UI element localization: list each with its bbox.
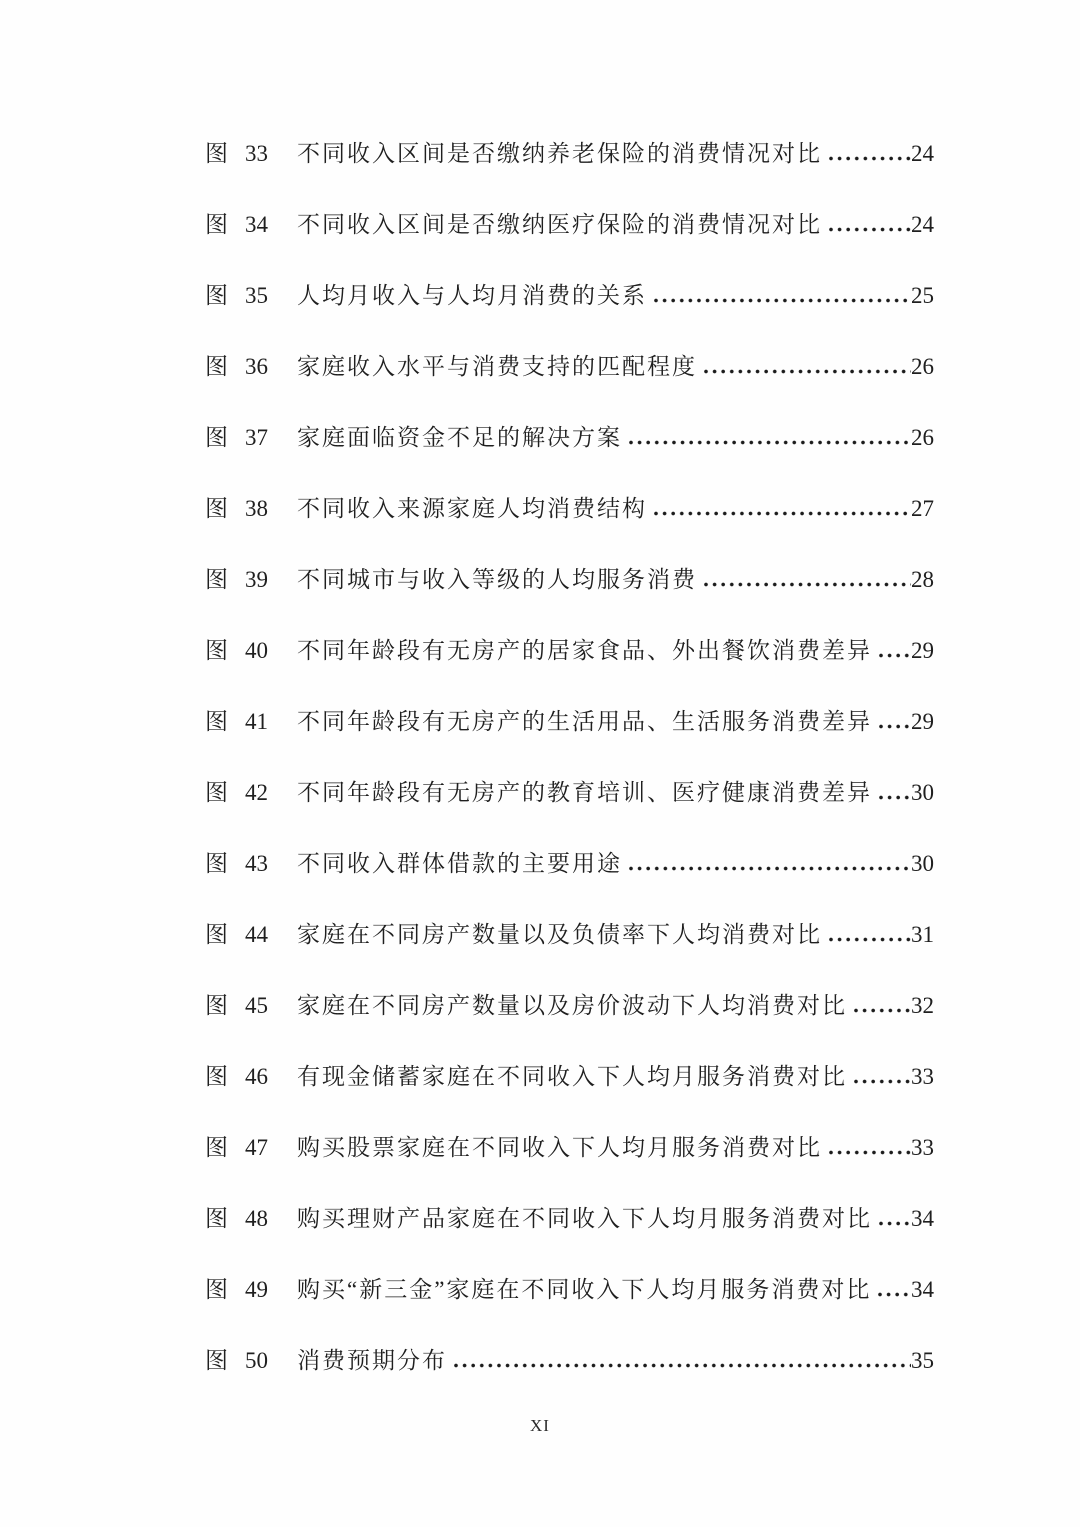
toc-entry: 图 43 不同收入群体借款的主要用途 30 xyxy=(205,848,934,880)
figure-label: 图 xyxy=(205,209,228,241)
toc-entry: 图 44 家庭在不同房产数量以及负债率下人均消费对比 31 xyxy=(205,919,934,951)
figure-number: 48 xyxy=(245,1203,297,1235)
figure-number: 38 xyxy=(245,493,297,525)
page-number: 28 xyxy=(911,564,934,596)
dot-leader-icon xyxy=(829,937,911,942)
figure-title: 不同城市与收入等级的人均服务消费 xyxy=(297,564,697,596)
figure-number: 45 xyxy=(245,990,297,1022)
dot-leader-icon xyxy=(654,298,911,303)
page-number: 27 xyxy=(911,493,934,525)
page-number: 29 xyxy=(911,635,934,667)
dot-leader-icon xyxy=(879,1221,911,1226)
figure-label: 图 xyxy=(205,919,228,951)
figure-title: 不同收入来源家庭人均消费结构 xyxy=(297,493,647,525)
figure-label: 图 xyxy=(205,422,228,454)
page-number: 35 xyxy=(911,1345,934,1377)
figure-label: 图 xyxy=(205,1345,228,1377)
toc-entry: 图 50 消费预期分布 35 xyxy=(205,1345,934,1377)
figure-title: 购买理财产品家庭在不同收入下人均月服务消费对比 xyxy=(297,1203,872,1235)
dot-leader-icon xyxy=(879,795,911,800)
figure-number: 33 xyxy=(245,138,297,170)
document-page: 图 33 不同收入区间是否缴纳养老保险的消费情况对比 24 图 34 不同收入区… xyxy=(0,0,1080,1527)
figure-label: 图 xyxy=(205,777,228,809)
dot-leader-icon xyxy=(629,866,911,871)
page-number: 25 xyxy=(911,280,934,312)
figure-title: 不同收入群体借款的主要用途 xyxy=(297,848,622,880)
page-number: 31 xyxy=(911,919,934,951)
page-number: 34 xyxy=(911,1274,934,1306)
figure-label: 图 xyxy=(205,1061,228,1093)
figure-label: 图 xyxy=(205,138,228,170)
figure-title: 家庭在不同房产数量以及房价波动下人均消费对比 xyxy=(297,990,847,1022)
page-number: 24 xyxy=(911,209,934,241)
figure-title: 不同收入区间是否缴纳医疗保险的消费情况对比 xyxy=(297,209,822,241)
figure-title: 不同收入区间是否缴纳养老保险的消费情况对比 xyxy=(297,138,822,170)
figure-label: 图 xyxy=(205,1203,228,1235)
toc-entry: 图 47 购买股票家庭在不同收入下人均月服务消费对比 33 xyxy=(205,1132,934,1164)
toc-entry: 图 40 不同年龄段有无房产的居家食品、外出餐饮消费差异 29 xyxy=(205,635,934,667)
figure-number: 44 xyxy=(245,919,297,951)
figure-number: 37 xyxy=(245,422,297,454)
dot-leader-icon xyxy=(704,582,911,587)
figure-number: 35 xyxy=(245,280,297,312)
dot-leader-icon xyxy=(829,227,911,232)
toc-entry: 图 36 家庭收入水平与消费支持的匹配程度 26 xyxy=(205,351,934,383)
figure-label: 图 xyxy=(205,706,228,738)
page-number: 26 xyxy=(911,351,934,383)
toc-entry: 图 46 有现金储蓄家庭在不同收入下人均月服务消费对比 33 xyxy=(205,1061,934,1093)
figure-number: 34 xyxy=(245,209,297,241)
page-number: 34 xyxy=(911,1203,934,1235)
figure-title: 购买“新三金”家庭在不同收入下人均月服务消费对比 xyxy=(297,1274,871,1306)
page-number: 30 xyxy=(911,848,934,880)
figure-label: 图 xyxy=(205,493,228,525)
figure-title: 消费预期分布 xyxy=(297,1345,447,1377)
figure-title: 不同年龄段有无房产的居家食品、外出餐饮消费差异 xyxy=(297,635,872,667)
figure-title: 家庭收入水平与消费支持的匹配程度 xyxy=(297,351,697,383)
figure-label: 图 xyxy=(205,280,228,312)
figure-title: 有现金储蓄家庭在不同收入下人均月服务消费对比 xyxy=(297,1061,847,1093)
page-number: 30 xyxy=(911,777,934,809)
toc-entry: 图 48 购买理财产品家庭在不同收入下人均月服务消费对比 34 xyxy=(205,1203,934,1235)
figure-number: 40 xyxy=(245,635,297,667)
dot-leader-icon xyxy=(854,1008,911,1013)
dot-leader-icon xyxy=(854,1079,911,1084)
page-number: 33 xyxy=(911,1061,934,1093)
figure-label: 图 xyxy=(205,848,228,880)
dot-leader-icon xyxy=(629,440,911,445)
page-number: 26 xyxy=(911,422,934,454)
toc-entry: 图 34 不同收入区间是否缴纳医疗保险的消费情况对比 24 xyxy=(205,209,934,241)
figure-number: 47 xyxy=(245,1132,297,1164)
page-number: 32 xyxy=(911,990,934,1022)
dot-leader-icon xyxy=(879,653,911,658)
figure-label: 图 xyxy=(205,990,228,1022)
figure-label: 图 xyxy=(205,635,228,667)
figure-number: 36 xyxy=(245,351,297,383)
toc-entry: 图 33 不同收入区间是否缴纳养老保险的消费情况对比 24 xyxy=(205,138,934,170)
figure-title: 家庭面临资金不足的解决方案 xyxy=(297,422,622,454)
figure-number: 50 xyxy=(245,1345,297,1377)
figure-label: 图 xyxy=(205,1274,228,1306)
figure-title: 家庭在不同房产数量以及负债率下人均消费对比 xyxy=(297,919,822,951)
figure-title: 人均月收入与人均月消费的关系 xyxy=(297,280,647,312)
page-number: 29 xyxy=(911,706,934,738)
toc-entry: 图 41 不同年龄段有无房产的生活用品、生活服务消费差异 29 xyxy=(205,706,934,738)
figure-title: 不同年龄段有无房产的生活用品、生活服务消费差异 xyxy=(297,706,872,738)
toc-entry: 图 39 不同城市与收入等级的人均服务消费 28 xyxy=(205,564,934,596)
figure-label: 图 xyxy=(205,351,228,383)
dot-leader-icon xyxy=(829,156,911,161)
figure-label: 图 xyxy=(205,1132,228,1164)
figure-title: 购买股票家庭在不同收入下人均月服务消费对比 xyxy=(297,1132,822,1164)
toc-entry: 图 37 家庭面临资金不足的解决方案 26 xyxy=(205,422,934,454)
toc-entry: 图 35 人均月收入与人均月消费的关系 25 xyxy=(205,280,934,312)
figure-number: 42 xyxy=(245,777,297,809)
dot-leader-icon xyxy=(454,1363,911,1368)
toc-entry: 图 45 家庭在不同房产数量以及房价波动下人均消费对比 32 xyxy=(205,990,934,1022)
figure-number: 41 xyxy=(245,706,297,738)
figure-toc-list: 图 33 不同收入区间是否缴纳养老保险的消费情况对比 24 图 34 不同收入区… xyxy=(0,0,1080,1377)
figure-number: 43 xyxy=(245,848,297,880)
dot-leader-icon xyxy=(879,724,911,729)
figure-number: 39 xyxy=(245,564,297,596)
dot-leader-icon xyxy=(654,511,911,516)
dot-leader-icon xyxy=(829,1150,911,1155)
figure-number: 49 xyxy=(245,1274,297,1306)
figure-title: 不同年龄段有无房产的教育培训、医疗健康消费差异 xyxy=(297,777,872,809)
toc-entry: 图 49 购买“新三金”家庭在不同收入下人均月服务消费对比 34 xyxy=(205,1274,934,1306)
figure-number: 46 xyxy=(245,1061,297,1093)
page-number: 24 xyxy=(911,138,934,170)
page-number-footer: XI xyxy=(0,1416,1080,1436)
toc-entry: 图 38 不同收入来源家庭人均消费结构 27 xyxy=(205,493,934,525)
dot-leader-icon xyxy=(878,1292,911,1297)
figure-label: 图 xyxy=(205,564,228,596)
toc-entry: 图 42 不同年龄段有无房产的教育培训、医疗健康消费差异 30 xyxy=(205,777,934,809)
dot-leader-icon xyxy=(704,369,911,374)
page-number: 33 xyxy=(911,1132,934,1164)
